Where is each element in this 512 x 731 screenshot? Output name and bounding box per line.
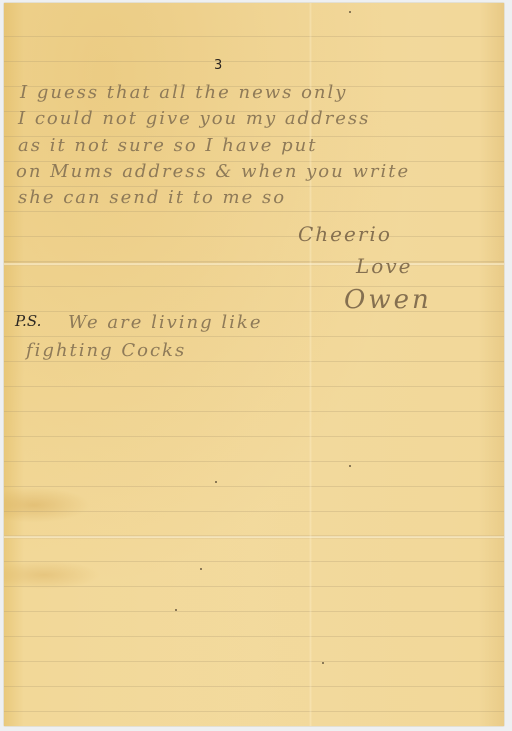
- paper-speck: [200, 568, 202, 570]
- paper-speck: [349, 465, 351, 467]
- letter-line-1: I guess that all the news only: [20, 82, 347, 103]
- paper-speck: [175, 609, 177, 611]
- letter-line-4: on Mums address & when you write: [16, 161, 410, 182]
- fold-crease-lower: [4, 535, 504, 539]
- page-number: 3: [214, 58, 222, 73]
- closing-valediction: Love: [356, 254, 412, 278]
- paper-speck: [322, 662, 324, 664]
- paper-speck: [215, 481, 217, 483]
- closing-salutation: Cheerio: [298, 222, 392, 246]
- postscript-line-2: fighting Cocks: [26, 340, 186, 361]
- letter-line-2: I could not give you my address: [18, 108, 370, 129]
- signature: Owen: [344, 285, 432, 315]
- postscript-label: P.S.: [15, 312, 41, 330]
- paper-speck: [349, 11, 351, 13]
- postscript-line-1: We are living like: [68, 312, 262, 333]
- letter-line-3: as it not sure so I have put: [18, 135, 317, 156]
- fold-crease-upper: [4, 262, 504, 266]
- letter-line-5: she can send it to me so: [18, 187, 286, 208]
